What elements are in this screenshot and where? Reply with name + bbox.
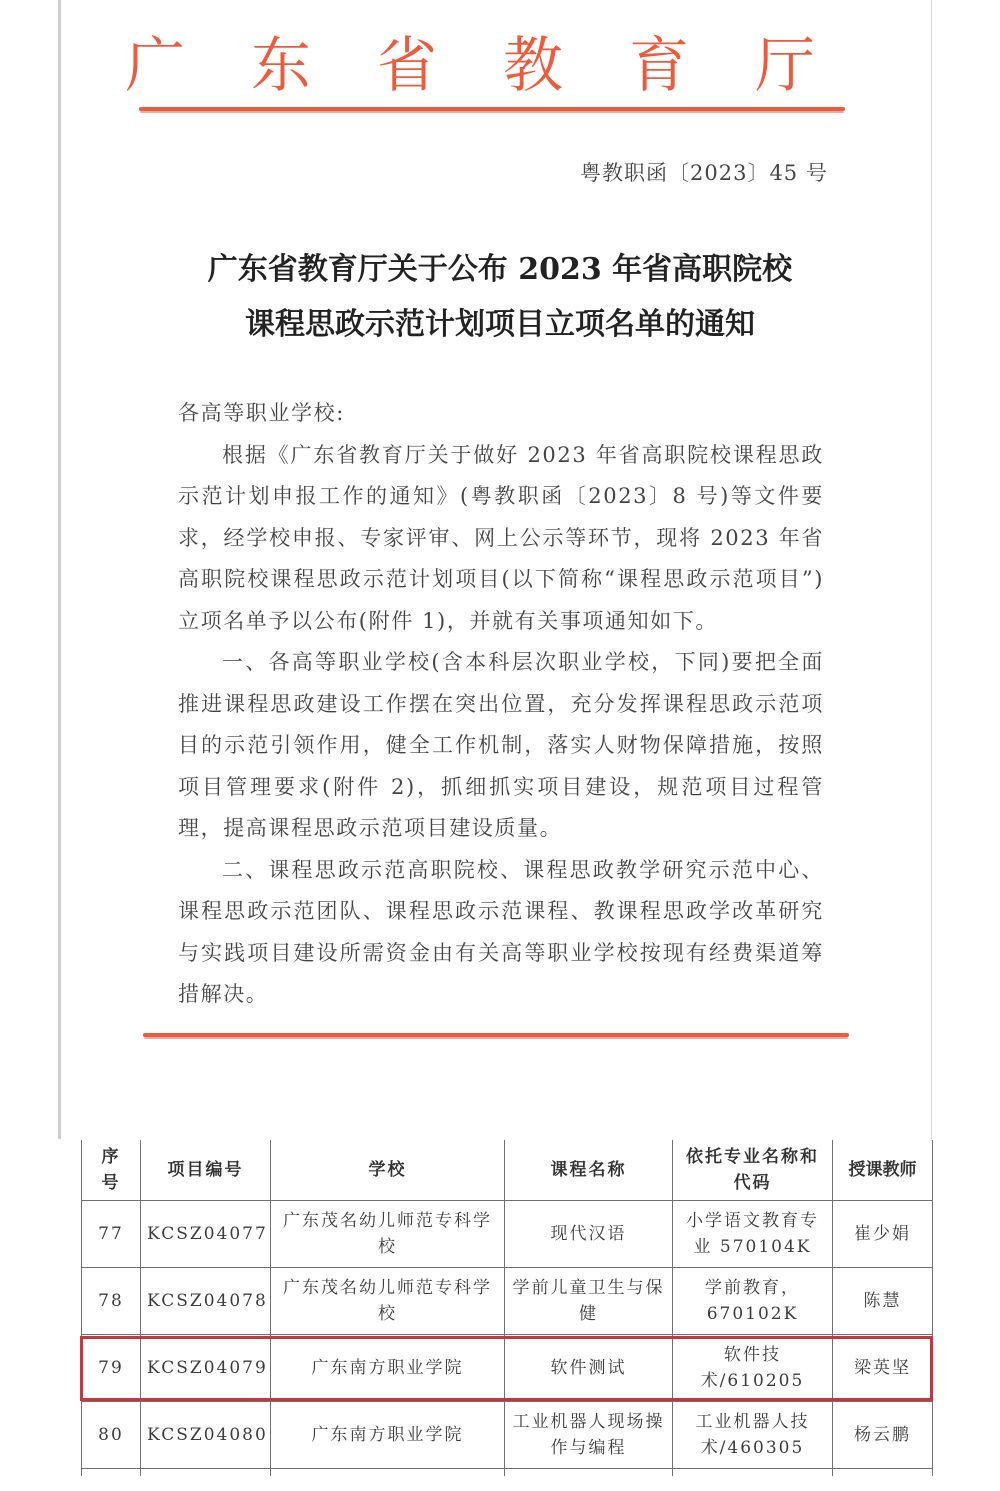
salutation: 各高等职业学校: xyxy=(178,393,824,435)
document-title: 广东省教育厅关于公布 2023 年省高职院校 课程思政示范计划项目立项名单的通知 xyxy=(180,242,820,352)
table-row-cutoff xyxy=(82,1468,933,1476)
cell-seq: 77 xyxy=(82,1200,141,1267)
cell-major: 工业机器人技术/460305 xyxy=(673,1401,833,1468)
table-row-highlighted: 79 KCSZ04079 广东南方职业学院 软件测试 软件技术/610205 梁… xyxy=(82,1334,933,1401)
cell-major: 小学语文教育专业 570104K xyxy=(673,1200,833,1267)
table-row: 78 KCSZ04078 广东茂名幼儿师范专科学校 学前儿童卫生与保健 学前教育… xyxy=(82,1267,933,1334)
cell-seq: 78 xyxy=(82,1267,141,1334)
document-body: 各高等职业学校: 根据《广东省教育厅关于做好 2023 年省高职院校课程思政示范… xyxy=(178,393,824,1016)
letterhead-char: 教 xyxy=(498,18,568,104)
footer-divider xyxy=(143,1033,849,1037)
header-school: 学校 xyxy=(271,1140,505,1200)
cell-course: 工业机器人现场操作与编程 xyxy=(505,1401,673,1468)
cell-code: KCSZ04077 xyxy=(141,1200,271,1267)
header-project-code: 项目编号 xyxy=(141,1140,271,1200)
cell-seq: 79 xyxy=(82,1334,141,1401)
cell-teacher: 杨云鹏 xyxy=(833,1401,933,1468)
cell-school: 广东茂名幼儿师范专科学校 xyxy=(271,1200,505,1267)
header-course-name: 课程名称 xyxy=(505,1140,673,1200)
letterhead-char: 省 xyxy=(372,18,442,104)
cell-major: 软件技术/610205 xyxy=(673,1334,833,1401)
cell-teacher: 梁英坚 xyxy=(833,1334,933,1401)
header-major: 依托专业名称和代码 xyxy=(673,1140,833,1200)
cell-code: KCSZ04078 xyxy=(141,1267,271,1334)
cell-teacher: 陈慧 xyxy=(833,1267,933,1334)
cell-code: KCSZ04079 xyxy=(141,1334,271,1401)
paragraph-intro: 根据《广东省教育厅关于做好 2023 年省高职院校课程思政示范计划申报工作的通知… xyxy=(178,435,824,643)
letterhead-char: 东 xyxy=(246,18,316,104)
cell-course: 现代汉语 xyxy=(505,1200,673,1267)
letterhead-divider xyxy=(139,107,845,111)
table-header-row: 序号 项目编号 学校 课程名称 依托专业名称和代码 授课教师 xyxy=(82,1140,933,1200)
table-row: 77 KCSZ04077 广东茂名幼儿师范专科学校 现代汉语 小学语文教育专业 … xyxy=(82,1200,933,1267)
table-row: 80 KCSZ04080 广东南方职业学院 工业机器人现场操作与编程 工业机器人… xyxy=(82,1401,933,1468)
letterhead-char: 广 xyxy=(120,18,190,104)
cell-seq: 80 xyxy=(82,1401,141,1468)
project-list-table-wrap: 序号 项目编号 学校 课程名称 依托专业名称和代码 授课教师 77 KCSZ04… xyxy=(81,1140,932,1476)
header-seq: 序号 xyxy=(82,1140,141,1200)
letterhead-char: 厅 xyxy=(750,18,820,104)
cell-teacher: 崔少娟 xyxy=(833,1200,933,1267)
title-line-2: 课程思政示范计划项目立项名单的通知 xyxy=(180,297,820,352)
cell-school: 广东南方职业学院 xyxy=(271,1334,505,1401)
paragraph-item-1: 一、各高等职业学校(含本科层次职业学校，下同)要把全面推进课程思政建设工作摆在突… xyxy=(178,642,824,850)
paragraph-item-2: 二、课程思政示范高职院校、课程思政教学研究示范中心、课程思政示范团队、课程思政示… xyxy=(178,850,824,1016)
cell-school: 广东茂名幼儿师范专科学校 xyxy=(271,1267,505,1334)
letterhead-char: 育 xyxy=(624,18,694,104)
cell-course: 软件测试 xyxy=(505,1334,673,1401)
agency-letterhead: 广 东 省 教 育 厅 xyxy=(120,26,820,96)
cell-school: 广东南方职业学院 xyxy=(271,1401,505,1468)
header-teacher: 授课教师 xyxy=(833,1140,933,1200)
cell-major: 学前教育，670102K xyxy=(673,1267,833,1334)
cell-code: KCSZ04080 xyxy=(141,1401,271,1468)
cell-course: 学前儿童卫生与保健 xyxy=(505,1267,673,1334)
title-line-1: 广东省教育厅关于公布 2023 年省高职院校 xyxy=(180,242,820,297)
project-list-table: 序号 项目编号 学校 课程名称 依托专业名称和代码 授课教师 77 KCSZ04… xyxy=(81,1140,933,1476)
document-number: 粤教职函〔2023〕45 号 xyxy=(580,157,828,187)
